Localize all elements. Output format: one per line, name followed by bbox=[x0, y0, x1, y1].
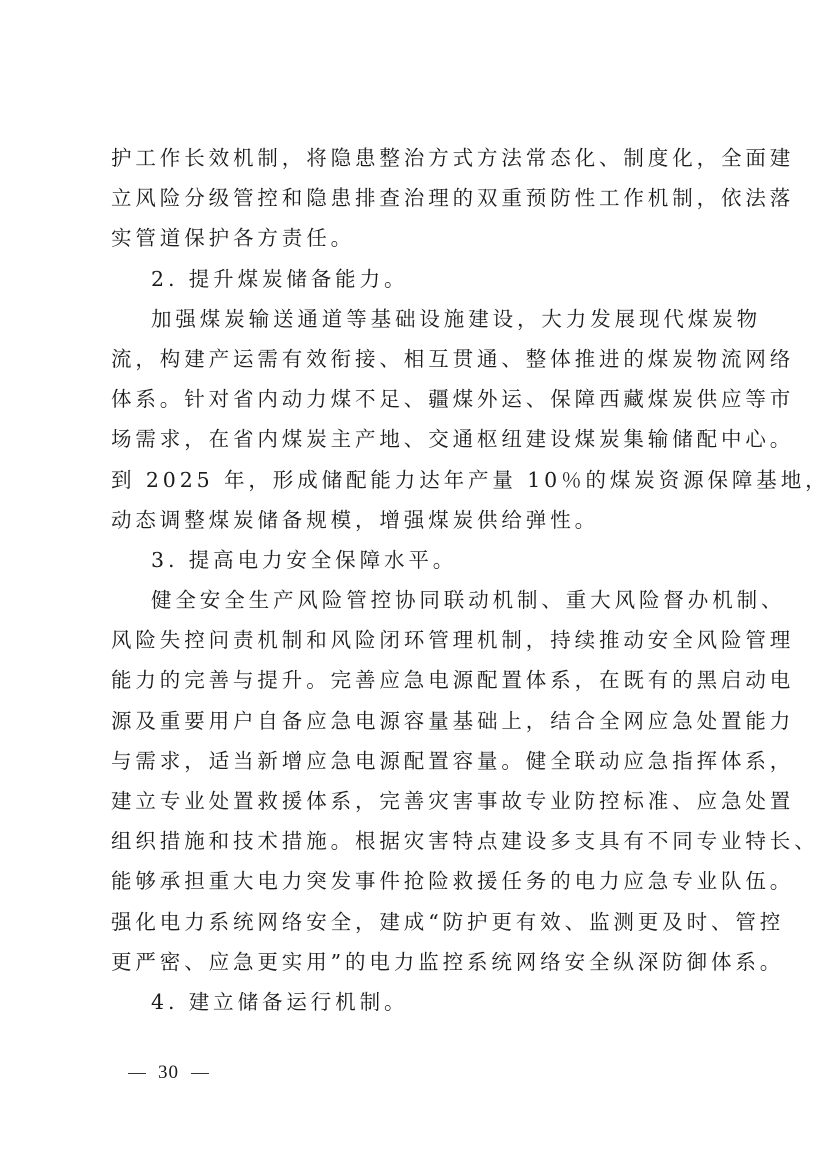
text-line: 组织措施和技术措施。根据灾害特点建设多支具有不同专业特长、 bbox=[111, 821, 719, 861]
text-line: 到 2025 年，形成储配能力达年产量 10％的煤炭资源保障基地， bbox=[111, 460, 719, 500]
text-line: 护工作长效机制，将隐患整治方式方法常态化、制度化，全面建 bbox=[111, 138, 719, 178]
text-line: 实管道保护各方责任。 bbox=[111, 218, 719, 258]
document-page: 护工作长效机制，将隐患整治方式方法常态化、制度化，全面建 立风险分级管控和隐患排… bbox=[0, 0, 826, 1169]
section-heading-3: 3. 提高电力安全保障水平。 bbox=[111, 540, 719, 580]
text-line: 场需求，在省内煤炭主产地、交通枢纽建设煤炭集输储配中心。 bbox=[111, 419, 719, 459]
text-line: 动态调整煤炭储备规模，增强煤炭供给弹性。 bbox=[111, 500, 719, 540]
text-line: 能够承担重大电力突发事件抢险救援任务的电力应急专业队伍。 bbox=[111, 861, 719, 901]
text-line: 与需求，适当新增应急电源配置容量。健全联动应急指挥体系， bbox=[111, 741, 719, 781]
page-body: 护工作长效机制，将隐患整治方式方法常态化、制度化，全面建 立风险分级管控和隐患排… bbox=[111, 138, 719, 1022]
page-number: 30 bbox=[158, 1062, 179, 1083]
text-line: 强化电力系统网络安全，建成“防护更有效、监测更及时、管控 bbox=[111, 902, 719, 942]
section-heading-2: 2. 提升煤炭储备能力。 bbox=[111, 259, 719, 299]
dash-right bbox=[191, 1073, 209, 1074]
text-line: 体系。针对省内动力煤不足、疆煤外运、保障西藏煤炭供应等市 bbox=[111, 379, 719, 419]
page-number-footer: 30 bbox=[116, 1062, 221, 1084]
text-line: 更严密、应急更实用”的电力监控系统网络安全纵深防御体系。 bbox=[111, 942, 719, 982]
section-heading-4: 4. 建立储备运行机制。 bbox=[111, 982, 719, 1022]
text-line: 建立专业处置救援体系，完善灾害事故专业防控标准、应急处置 bbox=[111, 781, 719, 821]
text-line: 健全安全生产风险管控协同联动机制、重大风险督办机制、 bbox=[111, 580, 719, 620]
text-line: 风险失控问责机制和风险闭环管理机制，持续推动安全风险管理 bbox=[111, 620, 719, 660]
text-line: 能力的完善与提升。完善应急电源配置体系，在既有的黑启动电 bbox=[111, 660, 719, 700]
text-line: 立风险分级管控和隐患排查治理的双重预防性工作机制，依法落 bbox=[111, 178, 719, 218]
text-line: 源及重要用户自备应急电源容量基础上，结合全网应急处置能力 bbox=[111, 701, 719, 741]
text-line: 加强煤炭输送通道等基础设施建设，大力发展现代煤炭物 bbox=[111, 299, 719, 339]
text-line: 流，构建产运需有效衔接、相互贯通、整体推进的煤炭物流网络 bbox=[111, 339, 719, 379]
dash-left bbox=[128, 1073, 146, 1074]
